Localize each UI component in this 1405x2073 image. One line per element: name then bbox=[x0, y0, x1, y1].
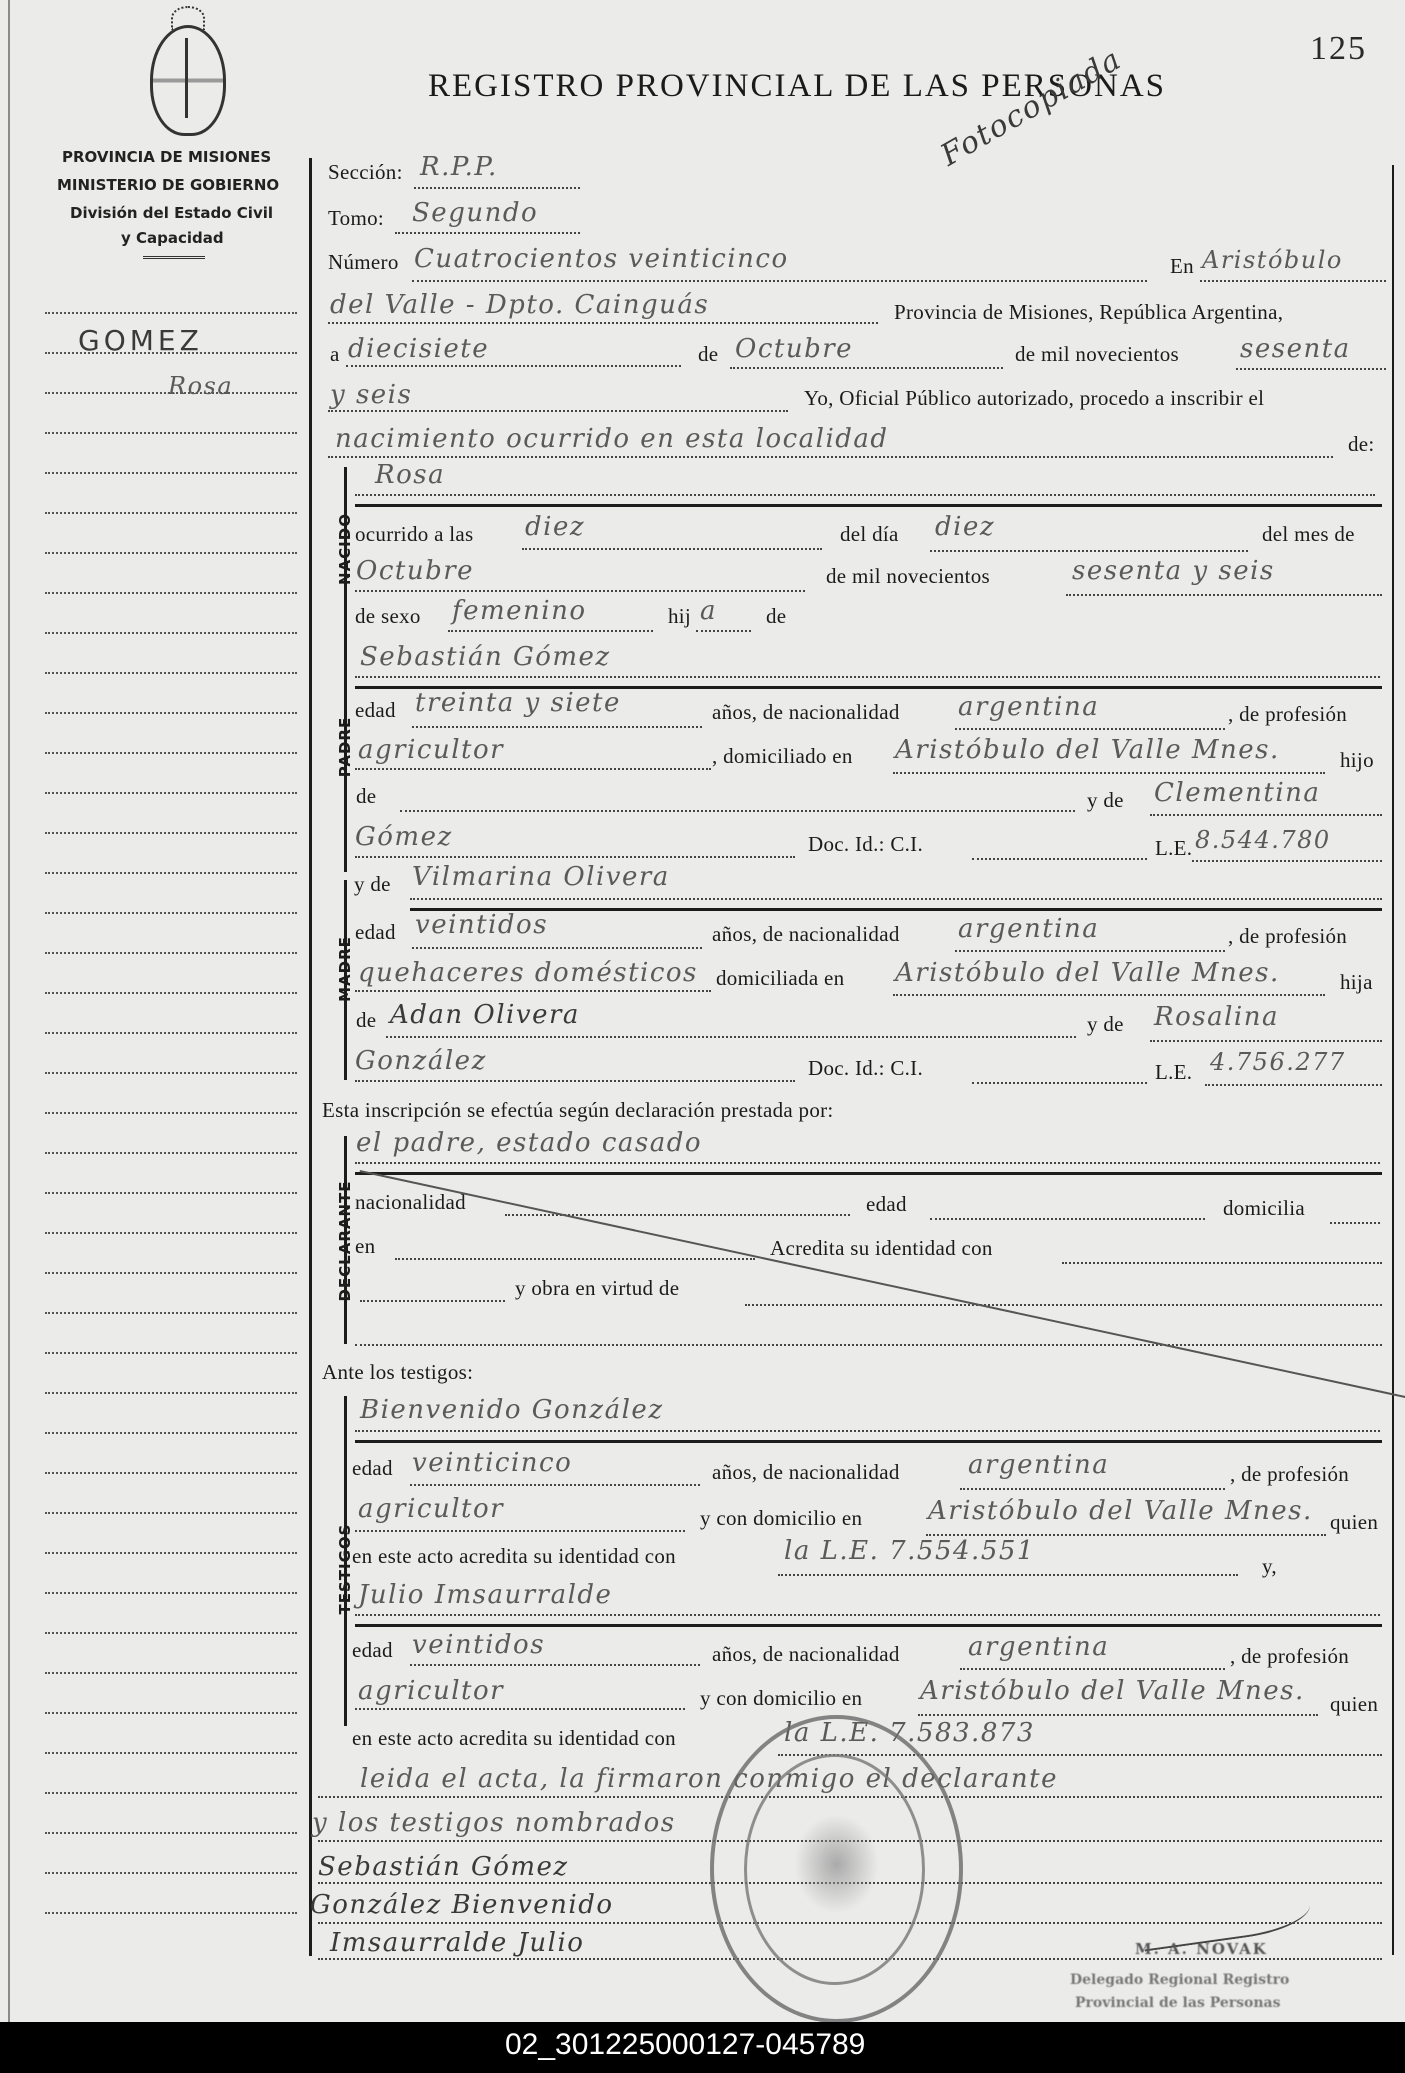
nacido-day-line bbox=[930, 550, 1248, 552]
madre-prof-value: quehaceres domésticos bbox=[358, 958, 698, 988]
padre-nac-value: argentina bbox=[958, 692, 1099, 722]
year-line-1 bbox=[1236, 368, 1386, 370]
declarante-extra-line bbox=[355, 1344, 1382, 1346]
witness-1-nac-value: argentina bbox=[968, 1450, 1109, 1480]
madre-dom-value: Aristóbulo del Valle Mnes. bbox=[895, 958, 1280, 988]
padre-edad-value: treinta y siete bbox=[415, 688, 621, 718]
margin-rule-line bbox=[45, 1312, 297, 1314]
witness-2-dom-line bbox=[918, 1714, 1318, 1716]
madre-le-value: 4.756.277 bbox=[1210, 1048, 1346, 1076]
witness-1-rule bbox=[355, 1440, 1382, 1443]
declarante-obra-line bbox=[745, 1304, 1382, 1306]
margin-rule-line bbox=[45, 1672, 297, 1674]
margin-rule-line bbox=[45, 1072, 297, 1074]
place-line-1 bbox=[1200, 280, 1386, 282]
section-declarante: DECLARANTE bbox=[336, 1176, 354, 1306]
witness-1-id-line bbox=[778, 1574, 1238, 1576]
margin-rule-line bbox=[45, 1512, 297, 1514]
margin-rule-line bbox=[45, 1472, 297, 1474]
margin-rule-line bbox=[45, 472, 297, 474]
padre-hijo-label: hijo bbox=[1340, 748, 1374, 773]
witness-1-prof-line bbox=[355, 1530, 685, 1532]
declarante-edad-label: edad bbox=[866, 1192, 907, 1217]
year-value-2: y seis bbox=[330, 380, 412, 410]
section-nacido: NACIDO bbox=[336, 504, 354, 594]
padre-le-value: 8.544.780 bbox=[1195, 826, 1331, 854]
madre-nac-label: años, de nacionalidad bbox=[712, 922, 900, 947]
witness-2-quien-label: quien bbox=[1330, 1692, 1378, 1717]
en-label: En bbox=[1170, 254, 1194, 279]
signature-1: Sebastián Gómez bbox=[318, 1852, 569, 1882]
witness-1-nac-line bbox=[960, 1488, 1225, 1490]
agency-division: División del Estado Civil bbox=[70, 204, 273, 222]
year-prefix: de mil novecientos bbox=[1015, 342, 1179, 367]
hij-line bbox=[696, 630, 751, 632]
padre-mother-line-1 bbox=[1150, 814, 1382, 816]
madre-y-de2-label: y de bbox=[1087, 1012, 1124, 1037]
nacido-name: Rosa bbox=[375, 460, 445, 490]
madre-prof-label: , de profesión bbox=[1228, 924, 1347, 949]
witness-1-prof-label: , de profesión bbox=[1230, 1462, 1349, 1487]
padre-doc-line bbox=[972, 858, 1147, 860]
sex-value: femenino bbox=[452, 596, 587, 626]
declarante-line bbox=[355, 1162, 1380, 1164]
padre-name-line bbox=[355, 676, 1380, 678]
padre-nac-line bbox=[955, 728, 1225, 730]
margin-rule-line bbox=[45, 1792, 297, 1794]
witness-2-prof-label: , de profesión bbox=[1230, 1644, 1349, 1669]
madre-nac-value: argentina bbox=[958, 914, 1099, 944]
closing-line-1: leida el acta, la firmaron conmigo el de… bbox=[360, 1764, 1058, 1794]
page-number: 125 bbox=[1310, 30, 1367, 68]
agency-underline bbox=[143, 256, 205, 259]
declarante-nac-label: nacionalidad bbox=[355, 1190, 466, 1215]
madre-mother-value-2: González bbox=[355, 1046, 487, 1076]
margin-rule-line bbox=[45, 1832, 297, 1834]
coat-of-arms-icon bbox=[150, 25, 226, 136]
witness-2-rule bbox=[355, 1624, 1382, 1627]
margin-rule-line bbox=[45, 1592, 297, 1594]
witness-2-id-label: en este acto acredita su identidad con bbox=[352, 1726, 676, 1751]
witness-2-edad-line bbox=[410, 1664, 700, 1666]
margin-rule-line bbox=[45, 1192, 297, 1194]
padre-mother-line-2 bbox=[355, 856, 795, 858]
witness-2-nac-value: argentina bbox=[968, 1632, 1109, 1662]
madre-name: Vilmarina Olivera bbox=[412, 862, 670, 892]
declarante-dom-label: domicilia bbox=[1223, 1196, 1305, 1221]
testigos-intro: Ante los testigos: bbox=[322, 1360, 473, 1385]
madre-y-de-label: y de bbox=[354, 872, 391, 897]
margin-rule-line bbox=[45, 1032, 297, 1034]
witness-2-dom-label: y con domicilio en bbox=[700, 1686, 862, 1711]
tomo-line bbox=[395, 232, 580, 234]
nacido-year-line bbox=[1066, 594, 1382, 596]
margin-rule-line bbox=[45, 632, 297, 634]
declarante-en-label: en bbox=[355, 1234, 375, 1259]
declarante-rule bbox=[355, 1172, 1382, 1175]
month-value: Octubre bbox=[735, 334, 853, 364]
agency-province: PROVINCIA DE MISIONES bbox=[62, 148, 271, 166]
witness-1-id-label: en este acto acredita su identidad con bbox=[352, 1544, 676, 1569]
madre-hija-label: hija bbox=[1340, 970, 1373, 995]
tomo-value: Segundo bbox=[412, 198, 538, 228]
margin-rule-line bbox=[45, 992, 297, 994]
declarante-value: el padre, estado casado bbox=[356, 1128, 702, 1158]
seccion-label: Sección: bbox=[328, 160, 403, 185]
declarante-obra-label: y obra en virtud de bbox=[515, 1276, 679, 1301]
numero-label: Número bbox=[328, 250, 399, 275]
padre-le-line bbox=[1192, 860, 1382, 862]
witness-2-dom-value: Aristóbulo del Valle Mnes. bbox=[920, 1676, 1305, 1706]
official-title-1: Delegado Regional Registro bbox=[1070, 1972, 1289, 1988]
declarante-obra-pre-line bbox=[360, 1300, 505, 1302]
padre-prof-label: , de profesión bbox=[1228, 702, 1347, 727]
seccion-line bbox=[414, 187, 580, 189]
nacido-name-line bbox=[355, 494, 1375, 496]
place-value-1: Aristóbulo bbox=[1202, 246, 1343, 274]
handwritten-annotation: Fotocopiada bbox=[935, 42, 1128, 174]
declarante-en-line bbox=[395, 1258, 755, 1260]
event-line bbox=[328, 456, 1333, 458]
a-label: a bbox=[330, 342, 340, 367]
nacido-day-value: diez bbox=[935, 512, 995, 542]
nacido-month-value: Octubre bbox=[356, 556, 474, 586]
year-label: de mil novecientos bbox=[826, 564, 990, 589]
witness-1-prof-value: agricultor bbox=[358, 1494, 504, 1524]
place-value-2: del Valle - Dpto. Cainguás bbox=[330, 290, 709, 320]
witness-2-prof-line bbox=[355, 1708, 685, 1710]
declarante-edad-line bbox=[930, 1218, 1205, 1220]
padre-name: Sebastián Gómez bbox=[360, 642, 611, 672]
nacido-month-line bbox=[355, 590, 805, 592]
padre-edad-label: edad bbox=[355, 698, 396, 723]
agency-ministry: MINISTERIO DE GOBIERNO bbox=[57, 176, 279, 194]
madre-de-label: de bbox=[356, 1008, 376, 1033]
madre-rule bbox=[410, 908, 1382, 911]
margin-rule-line bbox=[45, 1392, 297, 1394]
margin-rule-line bbox=[45, 312, 297, 314]
year-value-1: sesenta bbox=[1240, 334, 1351, 364]
padre-dom-value: Aristóbulo del Valle Mnes. bbox=[895, 735, 1280, 765]
signature-2: González Bienvenido bbox=[310, 1890, 614, 1920]
madre-le-label: L.E. bbox=[1155, 1060, 1192, 1085]
hij-label: hij bbox=[668, 604, 691, 629]
month-line bbox=[730, 367, 1003, 369]
madre-father-line bbox=[386, 1036, 1076, 1038]
margin-rule-line bbox=[45, 432, 297, 434]
witness-1-edad-line bbox=[410, 1484, 700, 1486]
witness-2-edad-label: edad bbox=[352, 1638, 393, 1663]
officer-text: Yo, Oficial Público autorizado, procedo … bbox=[804, 386, 1264, 411]
right-border bbox=[1392, 165, 1394, 1955]
madre-prof-line bbox=[355, 990, 711, 992]
witness-1-quien-label: quien bbox=[1330, 1510, 1378, 1535]
margin-rule-line bbox=[45, 712, 297, 714]
tomo-label: Tomo: bbox=[328, 206, 384, 231]
hour-line bbox=[522, 548, 822, 550]
padre-doc-label: Doc. Id.: C.I. bbox=[808, 832, 923, 857]
hour-label: ocurrido a las bbox=[355, 522, 474, 547]
margin-rule-line bbox=[45, 672, 297, 674]
declarante-acredita-label: Acredita su identidad con bbox=[770, 1236, 993, 1261]
sex-line bbox=[448, 630, 653, 632]
section-testigos: TESTIGOS bbox=[336, 1514, 354, 1624]
declarante-intro: Esta inscripción se efectúa según declar… bbox=[322, 1098, 834, 1123]
margin-rule-line bbox=[45, 592, 297, 594]
witness-1-edad-value: veinticinco bbox=[412, 1448, 572, 1478]
event-value: nacimiento ocurrido en esta localidad bbox=[335, 424, 889, 454]
margin-rule-line bbox=[45, 512, 297, 514]
witness-1-id-value: la L.E. 7.554.551 bbox=[784, 1536, 1035, 1566]
margin-surname: GOMEZ bbox=[78, 324, 203, 357]
nacido-rule bbox=[355, 504, 1382, 507]
closing-line-2: y los testigos nombrados bbox=[312, 1808, 676, 1838]
declarante-dom-line bbox=[1330, 1222, 1380, 1224]
day-value: diecisiete bbox=[348, 334, 489, 364]
madre-mother-line-1 bbox=[1150, 1040, 1382, 1042]
margin-rule-line bbox=[45, 832, 297, 834]
padre-le-label: L.E. bbox=[1155, 836, 1192, 861]
padre-bracket-2 bbox=[344, 832, 347, 872]
madre-edad-value: veintidos bbox=[415, 910, 548, 940]
section-madre: MADRE bbox=[336, 924, 354, 1014]
madre-doc-label: Doc. Id.: C.I. bbox=[808, 1056, 923, 1081]
margin-given-name: Rosa bbox=[168, 372, 233, 400]
witness-2-nac-line bbox=[960, 1668, 1225, 1670]
margin-rule-line bbox=[45, 872, 297, 874]
de-colon: de: bbox=[1348, 432, 1375, 457]
witness-2-prof-value: agricultor bbox=[358, 1676, 504, 1706]
witness-1-name-line bbox=[355, 1430, 1380, 1432]
madre-nac-line bbox=[955, 950, 1225, 952]
witness-1-dom-value: Aristóbulo del Valle Mnes. bbox=[928, 1496, 1313, 1526]
de-label: de bbox=[698, 342, 718, 367]
padre-de-label: de bbox=[356, 784, 376, 809]
seccion-value: R.P.P. bbox=[420, 152, 498, 182]
month-label: del mes de bbox=[1262, 522, 1355, 547]
margin-rule-line bbox=[45, 1152, 297, 1154]
padre-dom-label: , domiciliado en bbox=[712, 744, 853, 769]
margin-rule-line bbox=[45, 752, 297, 754]
margin-rule-line bbox=[45, 552, 297, 554]
margin-rule-line bbox=[45, 1352, 297, 1354]
madre-edad-line bbox=[412, 947, 702, 949]
margin-rule-line bbox=[45, 1272, 297, 1274]
witness-1-edad-label: edad bbox=[352, 1456, 393, 1481]
section-padre: PADRE bbox=[336, 702, 354, 792]
hij-value: a bbox=[700, 596, 717, 626]
margin-rule-line bbox=[45, 1632, 297, 1634]
madre-edad-label: edad bbox=[355, 920, 396, 945]
padre-nac-label: años, de nacionalidad bbox=[712, 700, 900, 725]
witness-1-y-label: y, bbox=[1262, 1554, 1277, 1579]
margin-rule-line bbox=[45, 912, 297, 914]
madre-mother-line-2 bbox=[355, 1080, 795, 1082]
nacido-year-value: sesenta y seis bbox=[1072, 556, 1275, 586]
page-edge bbox=[8, 0, 10, 2022]
province-text: Provincia de Misiones, República Argenti… bbox=[894, 300, 1283, 325]
margin-rule-line bbox=[45, 1432, 297, 1434]
day-line bbox=[346, 365, 681, 367]
madre-dom-line bbox=[893, 994, 1325, 996]
padre-mother-value-2: Gómez bbox=[355, 822, 453, 852]
agency-capacity: y Capacidad bbox=[121, 229, 224, 247]
day-label: del día bbox=[840, 522, 899, 547]
padre-father-line bbox=[400, 810, 1075, 812]
margin-rule-line bbox=[45, 952, 297, 954]
year-line-2 bbox=[328, 410, 788, 412]
hour-value: diez bbox=[525, 512, 585, 542]
witness-2-name-line bbox=[355, 1614, 1380, 1616]
padre-dom-line bbox=[893, 772, 1325, 774]
margin-rule-line bbox=[45, 1712, 297, 1714]
margin-rule-line bbox=[45, 1872, 297, 1874]
place-line-2 bbox=[328, 322, 878, 324]
witness-2-edad-value: veintidos bbox=[412, 1630, 545, 1660]
official-title-2: Provincial de las Personas bbox=[1075, 1995, 1280, 2011]
declarante-acredita-line bbox=[1062, 1262, 1382, 1264]
witness-2-name: Julio Imsaurralde bbox=[358, 1580, 612, 1610]
official-stamp-icon bbox=[710, 1715, 963, 2022]
scan-id: 02_301225000127-045789 bbox=[505, 2028, 865, 2062]
witness-1-dom-label: y con domicilio en bbox=[700, 1506, 862, 1531]
margin-rule-line bbox=[45, 1752, 297, 1754]
padre-prof-line bbox=[355, 768, 711, 770]
certificate-page: PROVINCIA DE MISIONES MINISTERIO DE GOBI… bbox=[0, 0, 1405, 2022]
margin-rule-line bbox=[45, 1912, 297, 1914]
witness-1-name: Bienvenido González bbox=[360, 1395, 664, 1425]
witness-2-nac-label: años, de nacionalidad bbox=[712, 1642, 900, 1667]
column-divider bbox=[309, 158, 312, 1956]
madre-dom-label: domiciliada en bbox=[716, 966, 844, 991]
padre-edad-line bbox=[412, 726, 702, 728]
numero-line bbox=[412, 280, 1147, 282]
madre-mother-value-1: Rosalina bbox=[1154, 1002, 1279, 1032]
official-name: M. A. NOVAK bbox=[1135, 1940, 1268, 1958]
padre-y-de-label: y de bbox=[1087, 788, 1124, 813]
numero-value: Cuatrocientos veinticinco bbox=[414, 244, 789, 274]
margin-rule-line bbox=[45, 792, 297, 794]
madre-doc-line bbox=[972, 1082, 1147, 1084]
sex-label: de sexo bbox=[355, 604, 421, 629]
padre-prof-value: agricultor bbox=[358, 735, 504, 765]
madre-father-value: Adan Olivera bbox=[390, 1000, 580, 1030]
madre-name-line bbox=[410, 898, 1382, 900]
nacido-de-label: de bbox=[766, 604, 786, 629]
margin-rule-line bbox=[45, 1112, 297, 1114]
padre-mother-value-1: Clementina bbox=[1154, 778, 1320, 808]
madre-le-line bbox=[1205, 1084, 1382, 1086]
margin-rule-line bbox=[45, 1232, 297, 1234]
margin-rule-line bbox=[45, 1552, 297, 1554]
signature-3: Imsaurralde Julio bbox=[330, 1928, 584, 1958]
witness-1-nac-label: años, de nacionalidad bbox=[712, 1460, 900, 1485]
